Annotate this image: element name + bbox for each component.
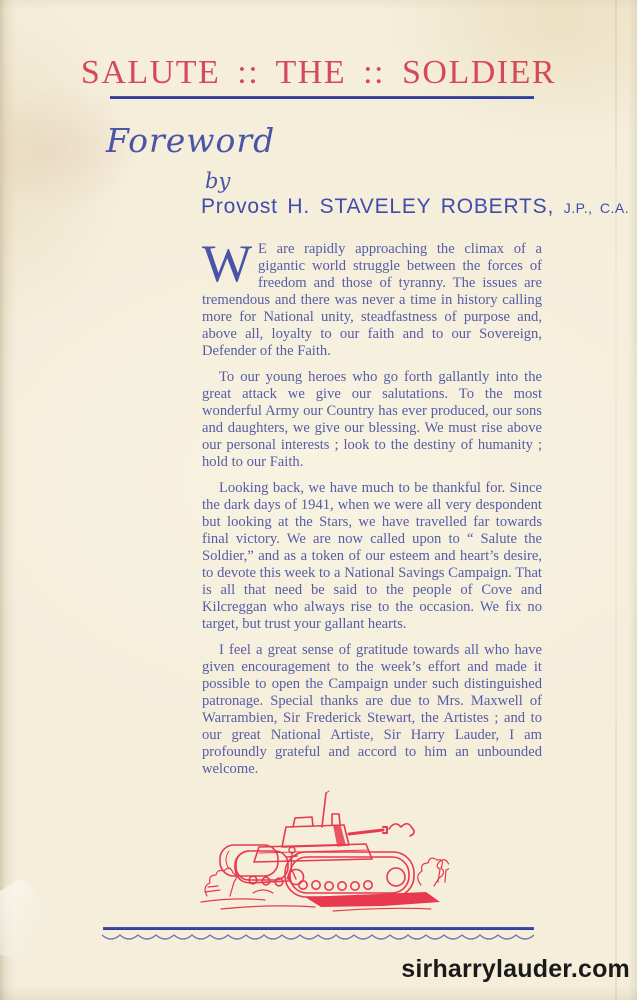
tank-gun-barrel [349, 830, 383, 834]
tank-track-main [285, 852, 414, 897]
title-underline-rule [110, 96, 534, 99]
foreword-paragraph: Looking back, we have much to be thankfu… [202, 480, 542, 633]
bush-right [418, 858, 449, 886]
bush-left [205, 868, 236, 896]
foreword-body: WE are rapidly approaching the climax of… [202, 241, 542, 778]
byline-by: by [205, 169, 230, 193]
paper-tear [0, 878, 60, 964]
drop-cap: W [202, 241, 258, 286]
watermark-text: sirharrylauder.com [401, 955, 630, 984]
author-credentials: J.P., C.A. [564, 200, 629, 216]
tank-turret [282, 814, 349, 847]
tank-track-rear [235, 851, 288, 886]
author-name: Provost H. STAVELEY ROBERTS, [201, 195, 554, 218]
foreword-heading: Foreword [106, 121, 275, 160]
page-title: SALUTE :: THE :: SOLDIER [0, 52, 637, 94]
foreword-paragraph: WE are rapidly approaching the climax of… [202, 241, 542, 360]
paper-fold-shadow [615, 0, 617, 1000]
foreword-paragraph: To our young heroes who go forth gallant… [202, 369, 542, 471]
smoke-curls [389, 824, 414, 836]
churchill-tank-illustration: Churchill [193, 789, 449, 917]
tank-antenna-tip [326, 791, 329, 793]
artist-signature: Churchill [369, 900, 392, 906]
tank-antenna [322, 793, 326, 827]
wave-path [102, 935, 534, 939]
author-line: Provost H. STAVELEY ROBERTS, J.P., C.A. [201, 195, 629, 219]
footer-rule [103, 927, 534, 930]
scanned-page: SALUTE :: THE :: SOLDIER Foreword by Pro… [0, 0, 637, 1000]
foreword-paragraph: I feel a great sense of gratitude toward… [202, 642, 542, 778]
footer-wave-rule [101, 932, 537, 944]
